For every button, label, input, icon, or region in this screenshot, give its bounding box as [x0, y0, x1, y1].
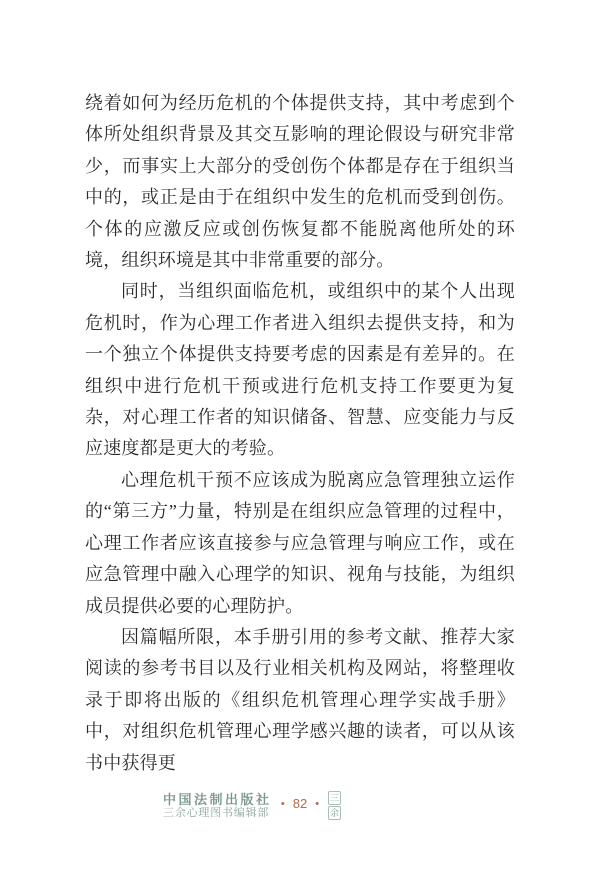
publisher-name: 中国法制出版社 — [163, 793, 272, 806]
sanyu-logo-bottom-character: 余 — [328, 806, 341, 820]
page-number-value: 82 — [293, 796, 307, 812]
page-footer: 中国法制出版社 三余心理图书编辑部 • 82 • 三 余 — [0, 791, 600, 831]
page-number: • 82 • — [272, 796, 328, 812]
paragraph-3: 心理危机干预不应该成为脱离应急管理独立运作的“第三方”力量，特别是在组织应急管理… — [85, 465, 515, 622]
page-body: 绕着如何为经历危机的个体提供支持，其中考虑到个体所处组织背景及其交互影响的理论假… — [85, 88, 515, 779]
page-number-dot-left: • — [281, 796, 285, 812]
page-number-dot-right: • — [315, 796, 319, 812]
publisher-imprint: 中国法制出版社 三余心理图书编辑部 — [163, 793, 272, 820]
sanyu-logo: 三 余 — [328, 791, 341, 820]
paragraph-4: 因篇幅所限，本手册引用的参考文献、推荐大家阅读的参考书目以及行业相关机构及网站，… — [85, 622, 515, 779]
book-page: 绕着如何为经历危机的个体提供支持，其中考虑到个体所处组织背景及其交互影响的理论假… — [0, 0, 600, 869]
sanyu-logo-top-character: 三 — [328, 791, 341, 805]
paragraph-2: 同时，当组织面临危机，或组织中的某个人出现危机时，作为心理工作者进入组织去提供支… — [85, 276, 515, 464]
paragraph-1: 绕着如何为经历危机的个体提供支持，其中考虑到个体所处组织背景及其交互影响的理论假… — [85, 88, 515, 276]
publisher-department: 三余心理图书编辑部 — [163, 807, 272, 820]
